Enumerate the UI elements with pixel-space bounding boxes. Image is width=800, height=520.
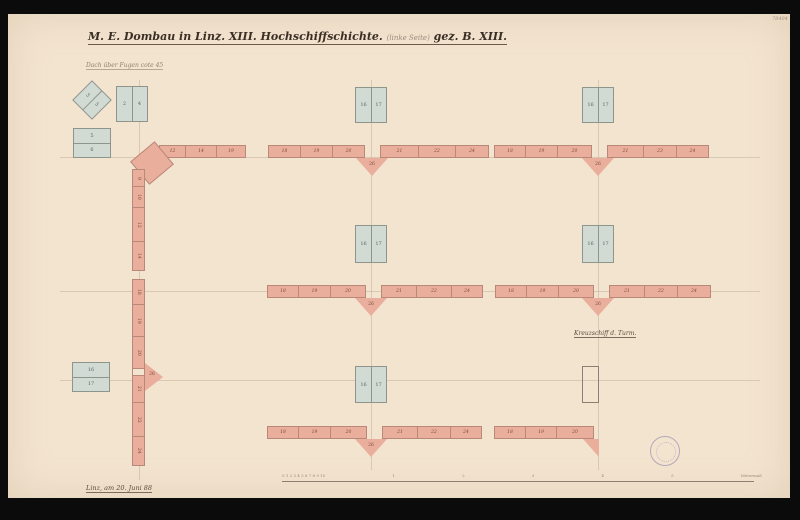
keystone-point bbox=[355, 439, 387, 457]
catalog-number: 78404 bbox=[772, 16, 788, 22]
pier-label: 2 bbox=[117, 87, 133, 121]
stone-segment: 19 bbox=[132, 304, 145, 337]
pier-label: 5 bbox=[74, 129, 110, 144]
stone-segment: 20 bbox=[557, 145, 592, 158]
pier-label: 16 bbox=[356, 88, 372, 122]
stone-row-2-middle: 18 19 20 21 22 24 bbox=[268, 285, 483, 298]
guide-line bbox=[598, 80, 599, 470]
title-suffix: gez. B. XIII. bbox=[434, 30, 507, 43]
stone-row-2-right: 18 19 20 21 22 24 bbox=[496, 285, 711, 298]
point-label: 26 bbox=[142, 372, 162, 377]
stone-segment: 18 bbox=[132, 279, 145, 305]
point-label: 26 bbox=[588, 302, 608, 307]
point-label: 26 bbox=[361, 302, 381, 307]
document-subtitle: Dach über Fugen cote 45 bbox=[86, 62, 163, 70]
keystone-point bbox=[582, 158, 614, 176]
stone-segment: 18 bbox=[267, 285, 299, 298]
stone-row-3-right: 18 19 20 bbox=[495, 426, 594, 439]
stone-segment: 10 bbox=[132, 186, 145, 208]
stone-segment: 18 bbox=[267, 426, 299, 439]
stone-segment: 19 bbox=[525, 426, 557, 439]
stone-segment: 21 bbox=[381, 285, 417, 298]
stone-segment: 24 bbox=[450, 426, 482, 439]
stone-segment: 20 bbox=[330, 426, 367, 439]
pier-label: 17 bbox=[598, 226, 613, 262]
date-signature: Linz, am 20. Juni 88 bbox=[86, 484, 152, 493]
stone-segment: 23 bbox=[643, 145, 677, 158]
pier-label: 17 bbox=[73, 377, 109, 391]
pier-block: 16 17 bbox=[355, 225, 387, 263]
stone-segment: 22 bbox=[418, 145, 456, 158]
scale-bar bbox=[282, 481, 754, 482]
stone-segment: 20 bbox=[132, 336, 145, 369]
point-label: 26 bbox=[361, 443, 381, 448]
stone-segment: 21 bbox=[132, 375, 145, 403]
stone-segment: 18 bbox=[494, 145, 526, 158]
scale-tick: 0 1 2 3 4 5 6 7 8 9 10 bbox=[282, 473, 325, 478]
pier-block: 2 4 bbox=[116, 86, 148, 122]
row-gap bbox=[592, 145, 608, 158]
row-gap bbox=[594, 285, 610, 298]
pier-label: 16 bbox=[583, 88, 599, 122]
pier-label: 4 bbox=[132, 87, 147, 121]
stone-segment: 21 bbox=[382, 426, 418, 439]
stone-segment: 19 bbox=[216, 145, 246, 158]
stone-segment: 20 bbox=[332, 145, 365, 158]
guide-line bbox=[371, 80, 372, 470]
stone-segment: 24 bbox=[676, 145, 709, 158]
section-caption: Kreuzschiff d. Turm. bbox=[574, 330, 636, 338]
keystone-point bbox=[355, 298, 387, 316]
pier-block: 16 17 bbox=[355, 87, 387, 123]
stone-segment: 20 bbox=[330, 285, 366, 298]
pier-label: 17 bbox=[371, 88, 386, 122]
stone-segment: 19 bbox=[298, 426, 331, 439]
pier-block: 5 6 bbox=[73, 128, 111, 158]
stone-segment: 19 bbox=[525, 145, 558, 158]
scale-tick: 5 bbox=[671, 473, 674, 478]
stone-segment: 19 bbox=[298, 285, 331, 298]
stone-segment: 14 bbox=[132, 241, 145, 271]
title-text: M. E. Dombau in Linz. XIII. Hochschiffsc… bbox=[88, 30, 383, 43]
stone-segment: 22 bbox=[417, 426, 451, 439]
document-title: M. E. Dombau in Linz. XIII. Hochschiffsc… bbox=[88, 30, 507, 45]
row-gap bbox=[367, 426, 383, 439]
scale-tick: 1 bbox=[392, 473, 395, 478]
row-gap bbox=[365, 145, 381, 158]
stone-segment: 20 bbox=[556, 426, 594, 439]
stone-segment: 24 bbox=[132, 436, 145, 466]
title-note: (linke Seite) bbox=[387, 34, 430, 42]
stone-segment: 19 bbox=[300, 145, 333, 158]
stone-row-1-middle: 18 19 20 21 22 24 bbox=[269, 145, 489, 158]
pier-label: 17 bbox=[371, 367, 386, 402]
column-point bbox=[145, 363, 163, 391]
stone-segment: 12 bbox=[132, 207, 145, 242]
pier-block: 16 17 bbox=[355, 366, 387, 403]
stone-segment: 20 bbox=[558, 285, 594, 298]
stone-segment: 21 bbox=[609, 285, 645, 298]
stone-segment: 18 bbox=[495, 285, 527, 298]
stone-segment: 21 bbox=[380, 145, 419, 158]
archive-stamp bbox=[650, 436, 680, 466]
pier-label: 16 bbox=[356, 226, 372, 262]
keystone-point bbox=[582, 298, 614, 316]
pier-label: 17 bbox=[371, 226, 386, 262]
point-label: 26 bbox=[588, 162, 608, 167]
pier-label: 16 bbox=[73, 363, 109, 378]
outline-pier bbox=[582, 366, 599, 403]
stone-segment: 24 bbox=[455, 145, 489, 158]
pier-label: 16 bbox=[583, 226, 599, 262]
stone-segment: 18 bbox=[268, 145, 301, 158]
stone-segment: 19 bbox=[526, 285, 559, 298]
stone-segment: 24 bbox=[677, 285, 711, 298]
scale-unit: Metermaß bbox=[741, 473, 762, 478]
pier-label: 17 bbox=[598, 88, 613, 122]
stone-row-3-middle: 18 19 20 21 22 24 bbox=[268, 426, 482, 439]
stone-segment: 21 bbox=[607, 145, 644, 158]
pier-block: 16 17 bbox=[582, 225, 614, 263]
stone-row-top-left-arm: 12 14 19 bbox=[160, 145, 246, 158]
stone-column-left-upper: 9 10 12 14 bbox=[132, 170, 145, 271]
pier-block: 16 17 bbox=[72, 362, 110, 392]
pier-label: 6 bbox=[74, 143, 110, 157]
pier-block: 16 17 bbox=[582, 87, 614, 123]
scale-tick: 2 bbox=[462, 473, 465, 478]
stone-row-1-right: 18 19 20 21 23 24 bbox=[495, 145, 709, 158]
guide-line bbox=[60, 380, 760, 381]
scale-tick: 4 bbox=[601, 473, 604, 478]
point-label: 26 bbox=[362, 162, 382, 167]
stone-segment: 22 bbox=[132, 402, 145, 437]
partial-point bbox=[583, 439, 599, 457]
stone-segment: 14 bbox=[185, 145, 217, 158]
keystone-point bbox=[356, 158, 388, 176]
scale-labels: 0 1 2 3 4 5 6 7 8 9 10 1 2 3 4 5 Meterma… bbox=[282, 473, 762, 478]
pier-label: 16 bbox=[356, 367, 372, 402]
stone-segment: 9 bbox=[132, 169, 145, 187]
stone-segment: 22 bbox=[416, 285, 452, 298]
row-gap bbox=[366, 285, 382, 298]
scale-tick: 3 bbox=[532, 473, 535, 478]
stone-segment: 18 bbox=[494, 426, 526, 439]
stone-segment: 24 bbox=[451, 285, 483, 298]
stone-segment: 22 bbox=[644, 285, 678, 298]
